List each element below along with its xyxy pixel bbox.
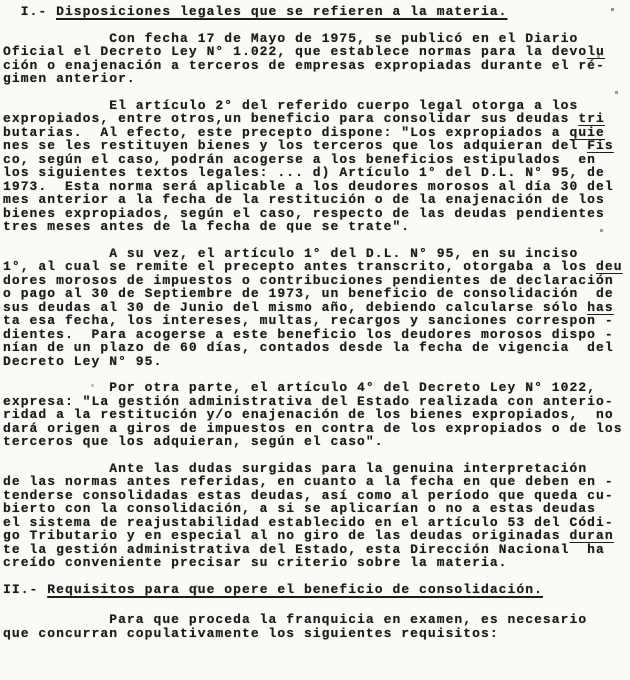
paragraph-3: A su vez, el artículo 1° del D.L. N° 95,…: [3, 247, 630, 369]
underlined-text: Requisitos para que opere el beneficio d…: [47, 582, 543, 597]
section-heading-1: I.- Disposiciones legales que se refiere…: [3, 5, 630, 19]
text-line: el sistema de reajustabilidad establecid…: [3, 516, 630, 530]
document-text: I.- Disposiciones legales que se refiere…: [3, 5, 630, 640]
text-line: Decreto Ley N° 95.: [3, 355, 630, 369]
scan-noise-specks: [0, 0, 1, 1]
text-line: Oficial el Decreto Ley N° 1.022, que est…: [3, 45, 630, 59]
text-line: dará origen a giros de impuestos en cont…: [3, 422, 630, 436]
paragraph-6: Para que proceda la franquicia en examen…: [3, 613, 630, 640]
text-line: go Tributario y en especial al no giro d…: [3, 529, 630, 543]
text-line: sus deudas al 30 de Junio del mismo año,…: [3, 301, 630, 315]
text-line: tenderse consolidadas estas deudas, así …: [3, 489, 630, 503]
text-line: creído conveniente precisar su criterio …: [3, 556, 630, 570]
section-heading-2: II.- Requisitos para que opere el benefi…: [3, 583, 630, 597]
paragraph-1: Con fecha 17 de Mayo de 1975, se publicó…: [3, 32, 630, 86]
paragraph-5: Ante las dudas surgidas para la genuina …: [3, 462, 630, 570]
text-line: Por otra parte, el artículo 4° del Decre…: [3, 381, 630, 395]
text-line: dores morosos de impuestos o contribucio…: [3, 274, 630, 288]
paragraph-2: El artículo 2° del referido cuerpo legal…: [3, 99, 630, 234]
text-line: dientes. Para acogerse a este beneficio …: [3, 328, 630, 342]
text-line: ta esa fecha, los intereses, multas, rec…: [3, 314, 630, 328]
text-line: I.- Disposiciones legales que se refiere…: [3, 5, 630, 19]
paragraph-4: Por otra parte, el artículo 4° del Decre…: [3, 381, 630, 449]
text-line: terceros que los adquieran, según el cas…: [3, 435, 630, 449]
text-line: ridad a la restitución y/o enajenación d…: [3, 408, 630, 422]
text-line: El artículo 2° del referido cuerpo legal…: [3, 99, 630, 113]
text-line: nían de un plazo de 60 días, contados de…: [3, 341, 630, 355]
text-line: ción o enajenación a terceros de empresa…: [3, 59, 630, 73]
text-line: mes anterior a la fecha de la restitució…: [3, 193, 630, 207]
text-line: A su vez, el artículo 1° del D.L. N° 95,…: [3, 247, 630, 261]
text-line: gimen anterior.: [3, 72, 630, 86]
text-line: nes se les restituyen bienes y los terce…: [3, 139, 630, 153]
text-line: de las normas antes referidas, en cuanto…: [3, 475, 630, 489]
text-line: bierto con la consolidación, a si se apl…: [3, 502, 630, 516]
text-line: butarias. Al efecto, este precepto dispo…: [3, 126, 630, 140]
text-line: II.- Requisitos para que opere el benefi…: [3, 583, 630, 597]
text-line: 1°, al cual se remite el precepto antes …: [3, 260, 630, 274]
text-line: te la gestión administrativa del Estado,…: [3, 543, 630, 557]
text-line: Con fecha 17 de Mayo de 1975, se publicó…: [3, 32, 630, 46]
text-line: Para que proceda la franquicia en examen…: [3, 613, 630, 627]
text-line: expropiados, entre otros,un beneficio pa…: [3, 112, 630, 126]
text-line: que concurran copulativamente los siguie…: [3, 627, 630, 641]
text-line: tres meses antes de la fecha de que se t…: [3, 220, 630, 234]
text-line: los siguientes textos legales: ... d) Ar…: [3, 166, 630, 180]
text-line: bienes expropiados, según el caso, respe…: [3, 207, 630, 221]
document-page: I.- Disposiciones legales que se refiere…: [0, 0, 630, 680]
text-line: 1973. Esta norma será aplicable a los de…: [3, 180, 630, 194]
underlined-text: Disposiciones legales que se refieren a …: [56, 4, 507, 19]
text-line: o pago al 30 de Septiembre de 1973, un b…: [3, 287, 630, 301]
text-line: expresa: "La gestión administrativa del …: [3, 395, 630, 409]
text-line: Ante las dudas surgidas para la genuina …: [3, 462, 630, 476]
text-line: co, según el caso, podrán acogerse a los…: [3, 153, 630, 167]
